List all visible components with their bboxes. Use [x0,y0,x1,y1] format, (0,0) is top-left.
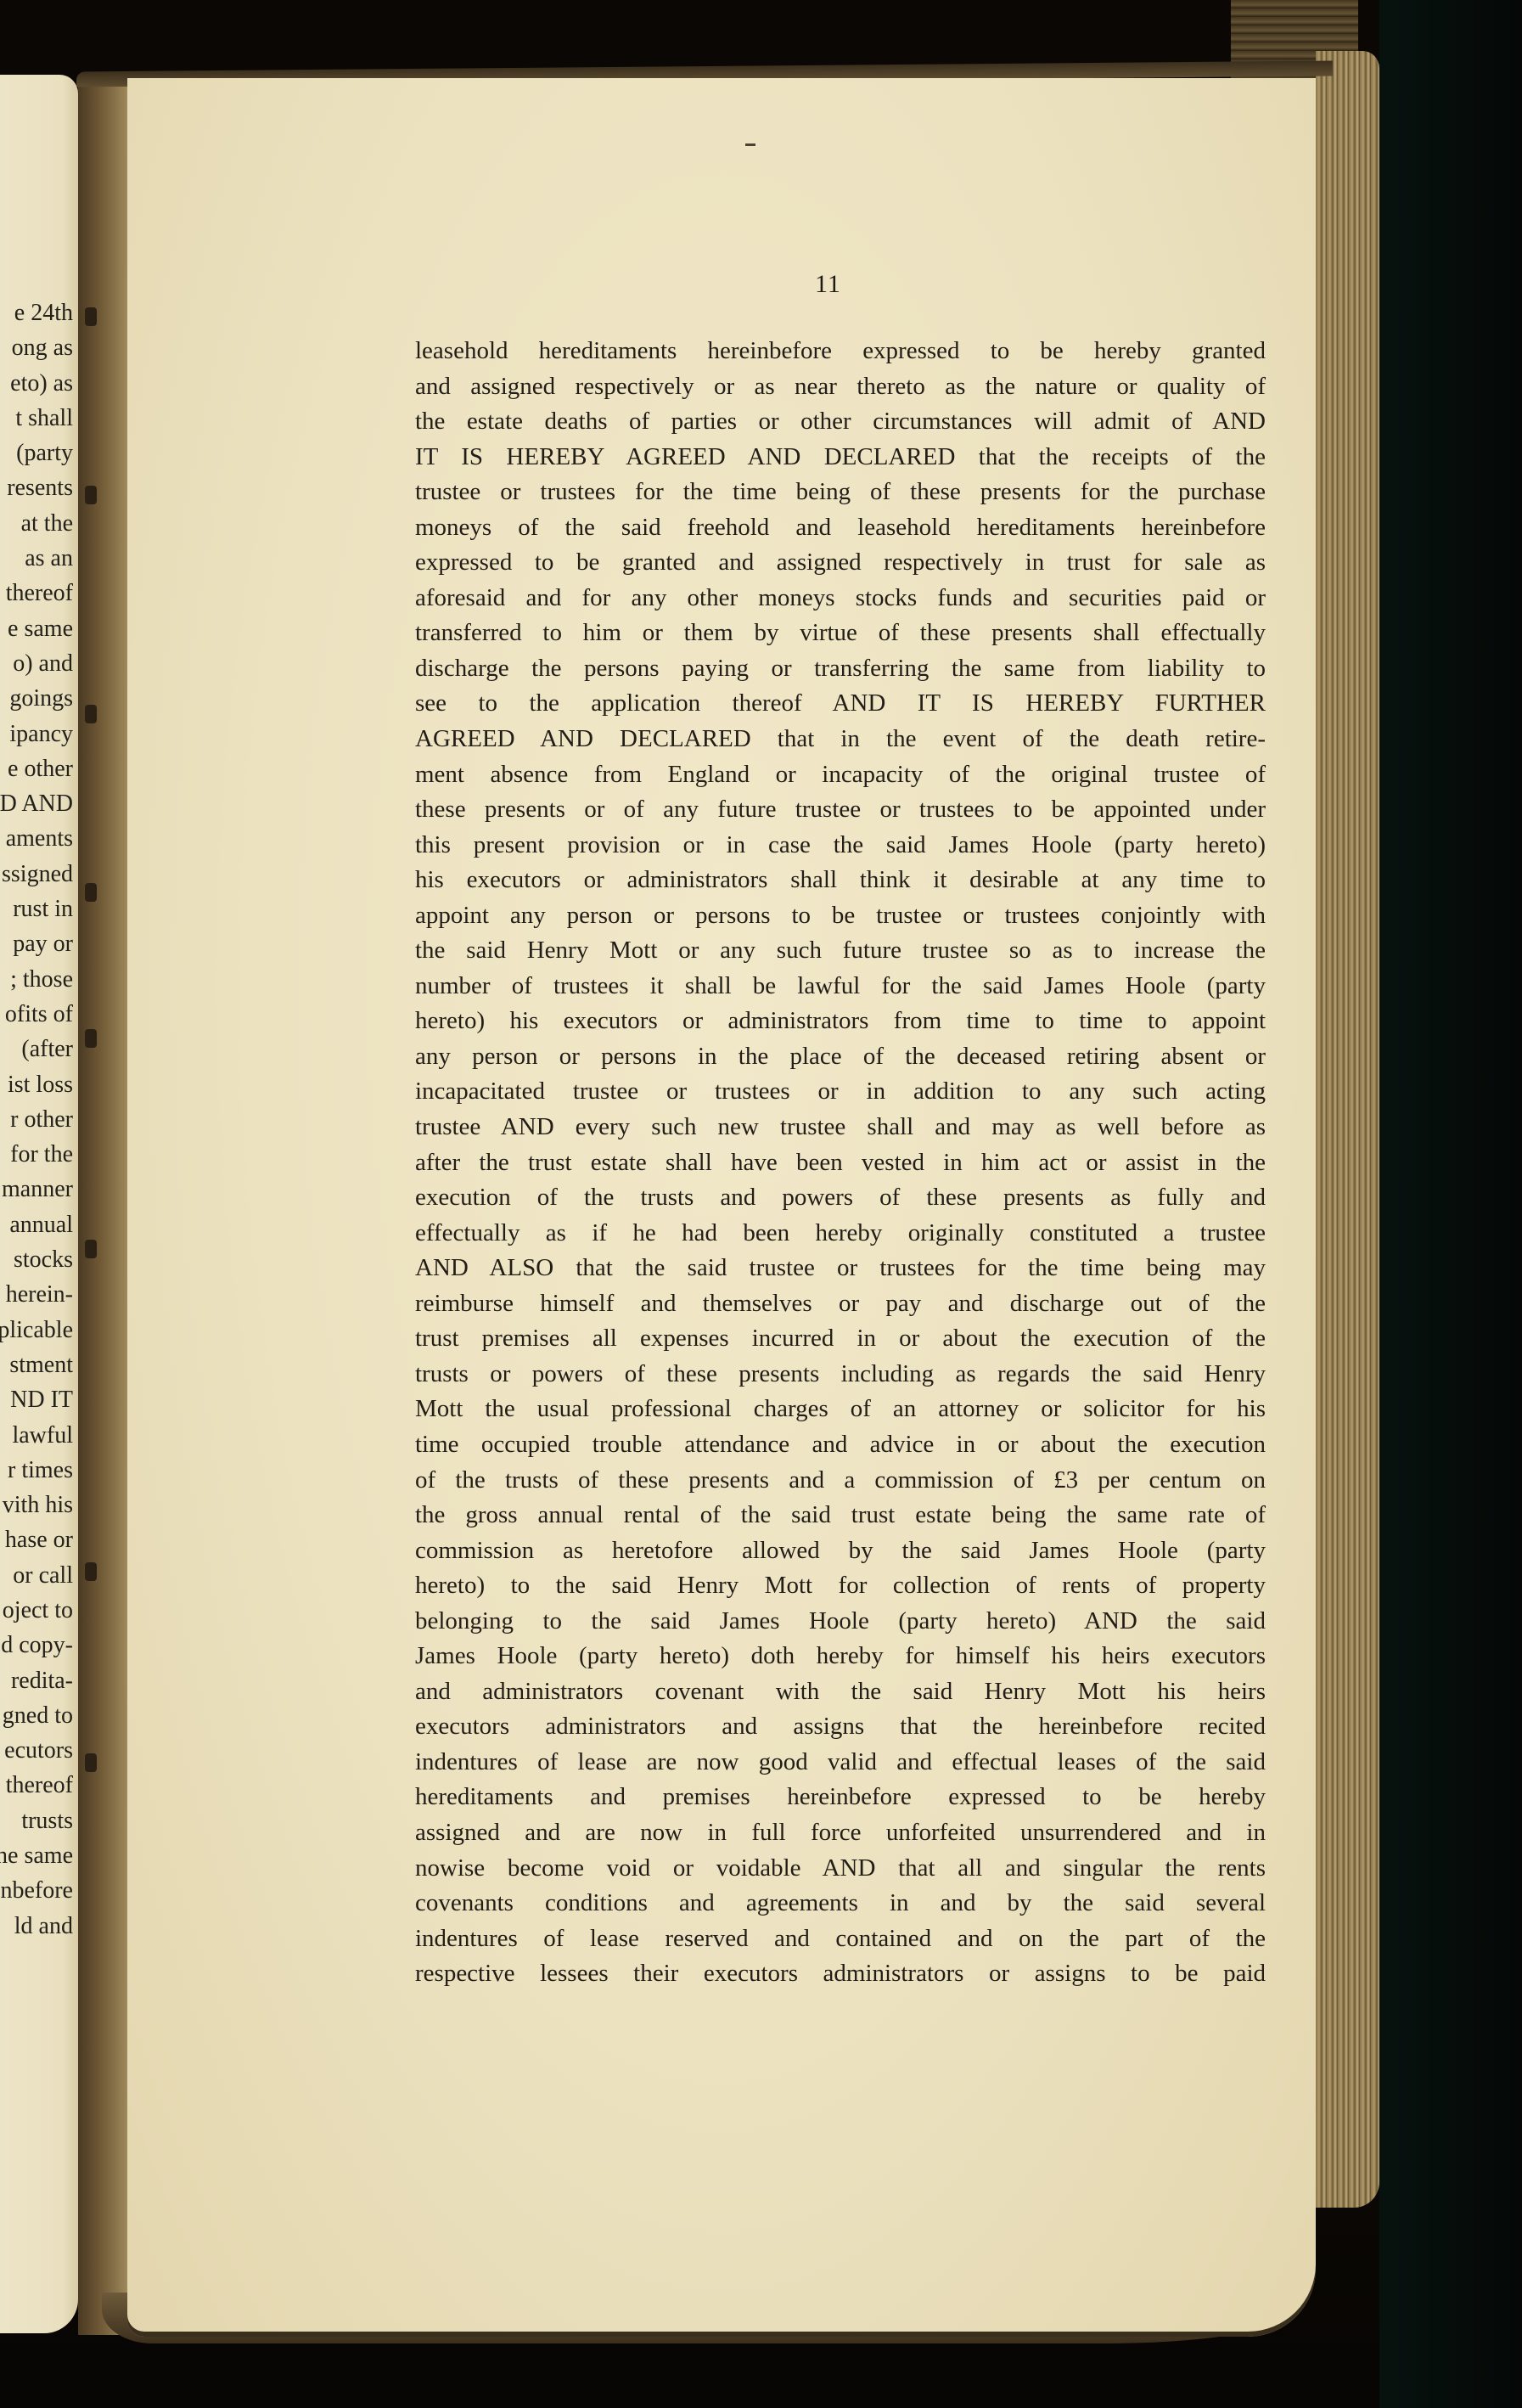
text-line: the gross annual rental of the said trus… [415,1498,1266,1533]
binding-hole [85,1029,97,1048]
text-line: trust premises all expenses incurred in … [415,1321,1266,1357]
previous-page-line: thereof [0,576,73,610]
text-line: the estate deaths of parties or other ci… [415,404,1266,440]
previous-page-line: e same [0,611,73,646]
text-line: trustee or trustees for the time being o… [415,475,1266,510]
text-line: of the trusts of these presents and a co… [415,1463,1266,1499]
previous-page-line: eto) as [0,366,73,401]
binding-hole [85,1753,97,1772]
binding-hole [85,486,97,504]
previous-page-line: redita- [0,1663,73,1698]
text-line: James Hoole (party hereto) doth hereby f… [415,1639,1266,1674]
previous-page-line: ong as [0,330,73,365]
previous-page-line: aments [0,821,73,856]
text-line: executors administrators and assigns tha… [415,1709,1266,1745]
previous-page-line: lawful [0,1418,73,1453]
text-line: indentures of lease reserved and contain… [415,1921,1266,1957]
binding-hole [85,705,97,723]
text-line: commission as heretofore allowed by the … [415,1533,1266,1569]
previous-page-line: e other [0,751,73,786]
text-line: AND ALSO that the said trustee or truste… [415,1251,1266,1286]
text-line: leasehold hereditaments hereinbefore exp… [415,334,1266,369]
previous-page-line: ND IT [0,1382,73,1417]
text-line: ment absence from England or incapacity … [415,757,1266,793]
previous-page-line: annual [0,1207,73,1242]
page-body-text: leasehold hereditaments hereinbefore exp… [415,334,1266,1992]
text-line: after the trust estate shall have been v… [415,1145,1266,1181]
previous-page-line: stocks [0,1242,73,1277]
previous-page-line: (after [0,1032,73,1066]
text-line: this present provision or in case the sa… [415,828,1266,864]
text-line: respective lessees their executors admin… [415,1956,1266,1992]
ink-mark [745,143,755,146]
binding-hole [85,307,97,326]
previous-page-line: t shall [0,401,73,436]
text-line: AGREED AND DECLARED that in the event of… [415,722,1266,757]
previous-page-line: ssigned [0,857,73,892]
book-cover [1379,0,1522,2408]
previous-page-line: ist loss [0,1067,73,1102]
binding-hole [85,1562,97,1581]
previous-page-line: as an [0,541,73,576]
text-line: trustee AND every such new trustee shall… [415,1110,1266,1145]
text-line: hereditaments and premises hereinbefore … [415,1780,1266,1815]
text-line: expressed to be granted and assigned res… [415,545,1266,581]
previous-page-line: (party [0,436,73,470]
text-line: transferred to him or them by virtue of … [415,616,1266,651]
previous-page-line: ld and [0,1909,73,1944]
previous-page-line: for the [0,1137,73,1172]
previous-page-line: resents [0,470,73,505]
text-line: number of trustees it shall be lawful fo… [415,969,1266,1004]
text-line: Mott the usual professional charges of a… [415,1392,1266,1427]
text-line: and assigned respectively or as near the… [415,369,1266,405]
text-line: covenants conditions and agreements in a… [415,1886,1266,1921]
text-line: time occupied trouble attendance and adv… [415,1427,1266,1463]
previous-page-line: hase or [0,1522,73,1557]
text-line: assigned and are now in full force unfor… [415,1815,1266,1851]
previous-page-line: gned to [0,1698,73,1733]
text-line: see to the application thereof AND IT IS… [415,686,1266,722]
previous-page-line: at the [0,506,73,541]
previous-page-line: thereof [0,1768,73,1803]
text-line: moneys of the said freehold and leasehol… [415,510,1266,546]
text-line: hereto) his executors or administrators … [415,1004,1266,1039]
previous-page-line: pay or [0,926,73,961]
text-line: hereto) to the said Henry Mott for colle… [415,1568,1266,1604]
previous-page-line: ofits of [0,997,73,1032]
page-fore-edge [1316,51,1379,2208]
text-line: any person or persons in the place of th… [415,1039,1266,1075]
previous-page-line: nbefore [0,1873,73,1908]
previous-page-line: goings [0,681,73,716]
text-line: and administrators covenant with the sai… [415,1674,1266,1710]
previous-page-line: r times [0,1453,73,1488]
text-line: incapacitated trustee or trustees or in … [415,1074,1266,1110]
text-line: his executors or administrators shall th… [415,863,1266,898]
text-line: reimburse himself and themselves or pay … [415,1286,1266,1322]
previous-page-line: vith his [0,1488,73,1522]
text-line: indentures of lease are now good valid a… [415,1745,1266,1781]
previous-page-line: rust in [0,892,73,926]
text-line: these presents or of any future trustee … [415,792,1266,828]
previous-page-line: ecutors [0,1733,73,1768]
binding-hole [85,883,97,902]
previous-page-line: plicable [0,1313,73,1347]
previous-page-line: r other [0,1102,73,1137]
binding-hole [85,1240,97,1258]
previous-page-text: e 24thong aseto) ast shall(partyresentsa… [0,295,73,1944]
previous-page-line: D AND [0,786,73,821]
text-line: trusts or powers of these presents inclu… [415,1357,1266,1392]
text-line: IT IS HEREBY AGREED AND DECLARED that th… [415,440,1266,475]
previous-page-line: trusts [0,1803,73,1838]
previous-page-line: d copy- [0,1628,73,1663]
page-number: 11 [815,270,841,299]
text-line: nowise become void or voidable AND that … [415,1851,1266,1887]
text-line: aforesaid and for any other moneys stock… [415,581,1266,616]
previous-page-line: ipancy [0,717,73,751]
text-line: discharge the persons paying or transfer… [415,651,1266,687]
text-line: belonging to the said James Hoole (party… [415,1604,1266,1640]
previous-page-line: ne same [0,1838,73,1873]
text-line: effectually as if he had been hereby ori… [415,1216,1266,1252]
text-line: execution of the trusts and powers of th… [415,1180,1266,1216]
previous-page-line: ; those [0,962,73,997]
previous-page-line: or call [0,1558,73,1593]
text-line: appoint any person or persons to be trus… [415,898,1266,934]
previous-page-line: manner [0,1172,73,1207]
previous-page-line: o) and [0,646,73,681]
previous-page-line: herein- [0,1277,73,1312]
previous-page-line: e 24th [0,295,73,330]
previous-page: e 24thong aseto) ast shall(partyresentsa… [0,75,78,2333]
previous-page-line: oject to [0,1593,73,1628]
previous-page-line: stment [0,1347,73,1382]
text-line: the said Henry Mott or any such future t… [415,933,1266,969]
